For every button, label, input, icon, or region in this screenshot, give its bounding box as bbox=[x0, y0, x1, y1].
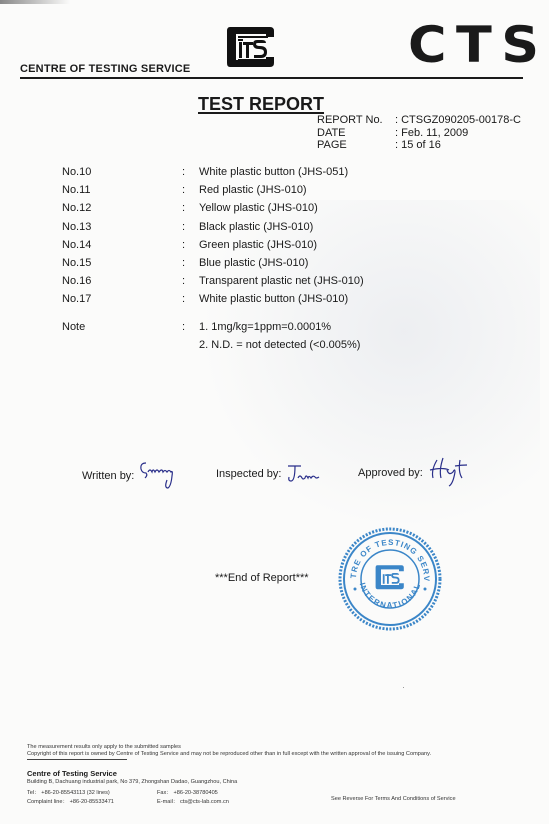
scan-shadow bbox=[0, 0, 70, 4]
meta-report-no: REPORT No.: CTSGZ090205-00178-C bbox=[317, 114, 521, 127]
footer-divider bbox=[27, 759, 127, 760]
note-label: Note bbox=[62, 318, 182, 336]
end-of-report: ***End of Report*** bbox=[215, 572, 309, 584]
report-title: TEST REPORT bbox=[198, 94, 324, 115]
cts-logo: CTS bbox=[408, 23, 549, 67]
meta-date: DATE: Feb. 11, 2009 bbox=[317, 127, 521, 140]
organization-name: Centre of Testing Service bbox=[20, 63, 190, 75]
signature-hyt-icon bbox=[427, 456, 471, 490]
sample-row: No.10:White plastic button (JHS-051) bbox=[62, 163, 364, 181]
disclaimer: The measurement results only apply to th… bbox=[27, 744, 431, 757]
header-divider bbox=[20, 77, 523, 79]
its-logo-icon bbox=[226, 25, 276, 69]
sample-row: No.12:Yellow plastic (JHS-010) bbox=[62, 199, 364, 217]
note-line: 1. 1mg/kg=1ppm=0.0001% bbox=[199, 318, 331, 336]
footer-fax: Fax： +86-20-38780405 bbox=[157, 788, 218, 796]
footer-complaint: Complaint line： +86-20-85533471 bbox=[27, 797, 114, 805]
sample-row: No.17:White plastic button (JHS-010) bbox=[62, 290, 364, 308]
company-seal-icon: CENTRE OF TESTING SERVICE INTERNATIONAL bbox=[338, 527, 442, 631]
sample-row: No.13:Black plastic (JHS-010) bbox=[62, 218, 364, 236]
sample-row: No.14:Green plastic (JHS-010) bbox=[62, 236, 364, 254]
signature-jane-icon bbox=[285, 461, 323, 487]
report-meta: REPORT No.: CTSGZ090205-00178-C DATE: Fe… bbox=[317, 114, 521, 152]
signature-snowy-icon bbox=[138, 460, 180, 492]
note-line: 2. N.D. = not detected (<0.005%) bbox=[199, 336, 360, 354]
sample-list: No.10:White plastic button (JHS-051) No.… bbox=[62, 163, 364, 309]
footer-terms: See Reverse For Terms And Conditions of … bbox=[331, 796, 456, 802]
footer-email: E-mail： cts@cts-lab.com.cn bbox=[157, 797, 229, 805]
sample-row: No.15:Blue plastic (JHS-010) bbox=[62, 254, 364, 272]
footer-tel: Tel： +86-20-85543113 (32 lines) bbox=[27, 788, 110, 796]
meta-page: PAGE: 15 of 16 bbox=[317, 139, 521, 152]
footer-address: Building B, Dachuang industrial park, No… bbox=[27, 779, 237, 785]
scan-speck bbox=[403, 687, 404, 688]
footer-company: Centre of Testing Service bbox=[27, 769, 117, 778]
inspected-by: Inspected by: bbox=[216, 461, 323, 487]
note-section: Note:1. 1mg/kg=1ppm=0.0001% 2. N.D. = no… bbox=[62, 318, 360, 354]
approved-by: Approved by: bbox=[358, 456, 471, 490]
sample-row: No.16:Transparent plastic net (JHS-010) bbox=[62, 272, 364, 290]
sample-row: No.11:Red plastic (JHS-010) bbox=[62, 181, 364, 199]
written-by: Written by: bbox=[82, 460, 180, 492]
